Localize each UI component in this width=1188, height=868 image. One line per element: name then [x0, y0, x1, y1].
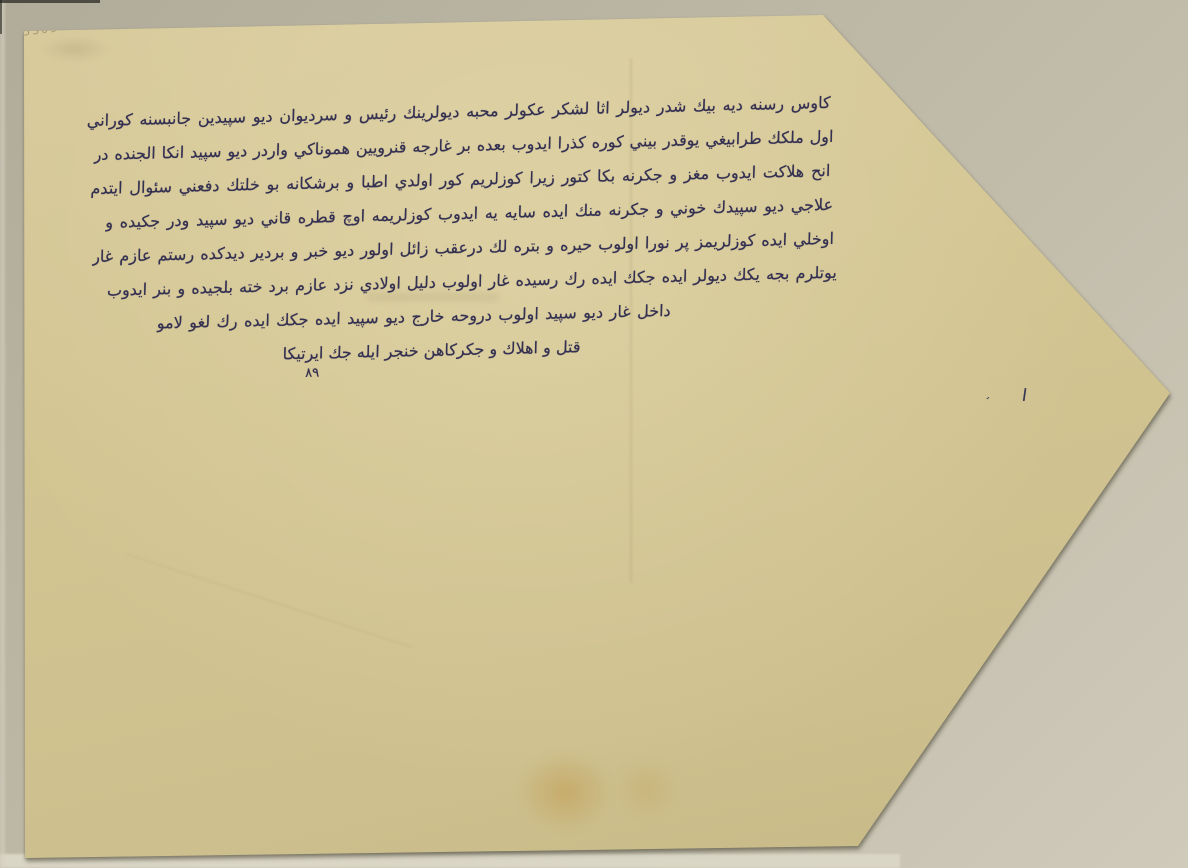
manuscript-line-8: قتل و اهلاك و جكركاهن خنجر ايله جك ايرتي…: [282, 331, 581, 370]
manuscript-paper: 15309 كاوس رسنه ديه بيك شدر ديولر اثا لش…: [0, 0, 1188, 868]
paper-stain-small: [612, 756, 682, 822]
manuscript-text-block: كاوس رسنه ديه بيك شدر ديولر اثا لشكر عكو…: [84, 85, 839, 403]
manuscript-paper-wrap: 15309 كاوس رسنه ديه بيك شدر ديولر اثا لش…: [0, 0, 1188, 868]
paper-crease-diagonal: [127, 554, 413, 649]
page-number: ۸۹: [305, 366, 319, 381]
photograph: 15309 كاوس رسنه ديه بيك شدر ديولر اثا لش…: [0, 0, 1188, 868]
stray-ink-dash: ٬: [980, 394, 991, 408]
stray-ink-mark: ا: [1021, 386, 1028, 406]
paper-stain-large: [515, 750, 615, 834]
paper-stain-corner: [40, 36, 110, 62]
pencil-inventory-mark: 15309: [13, 21, 59, 39]
